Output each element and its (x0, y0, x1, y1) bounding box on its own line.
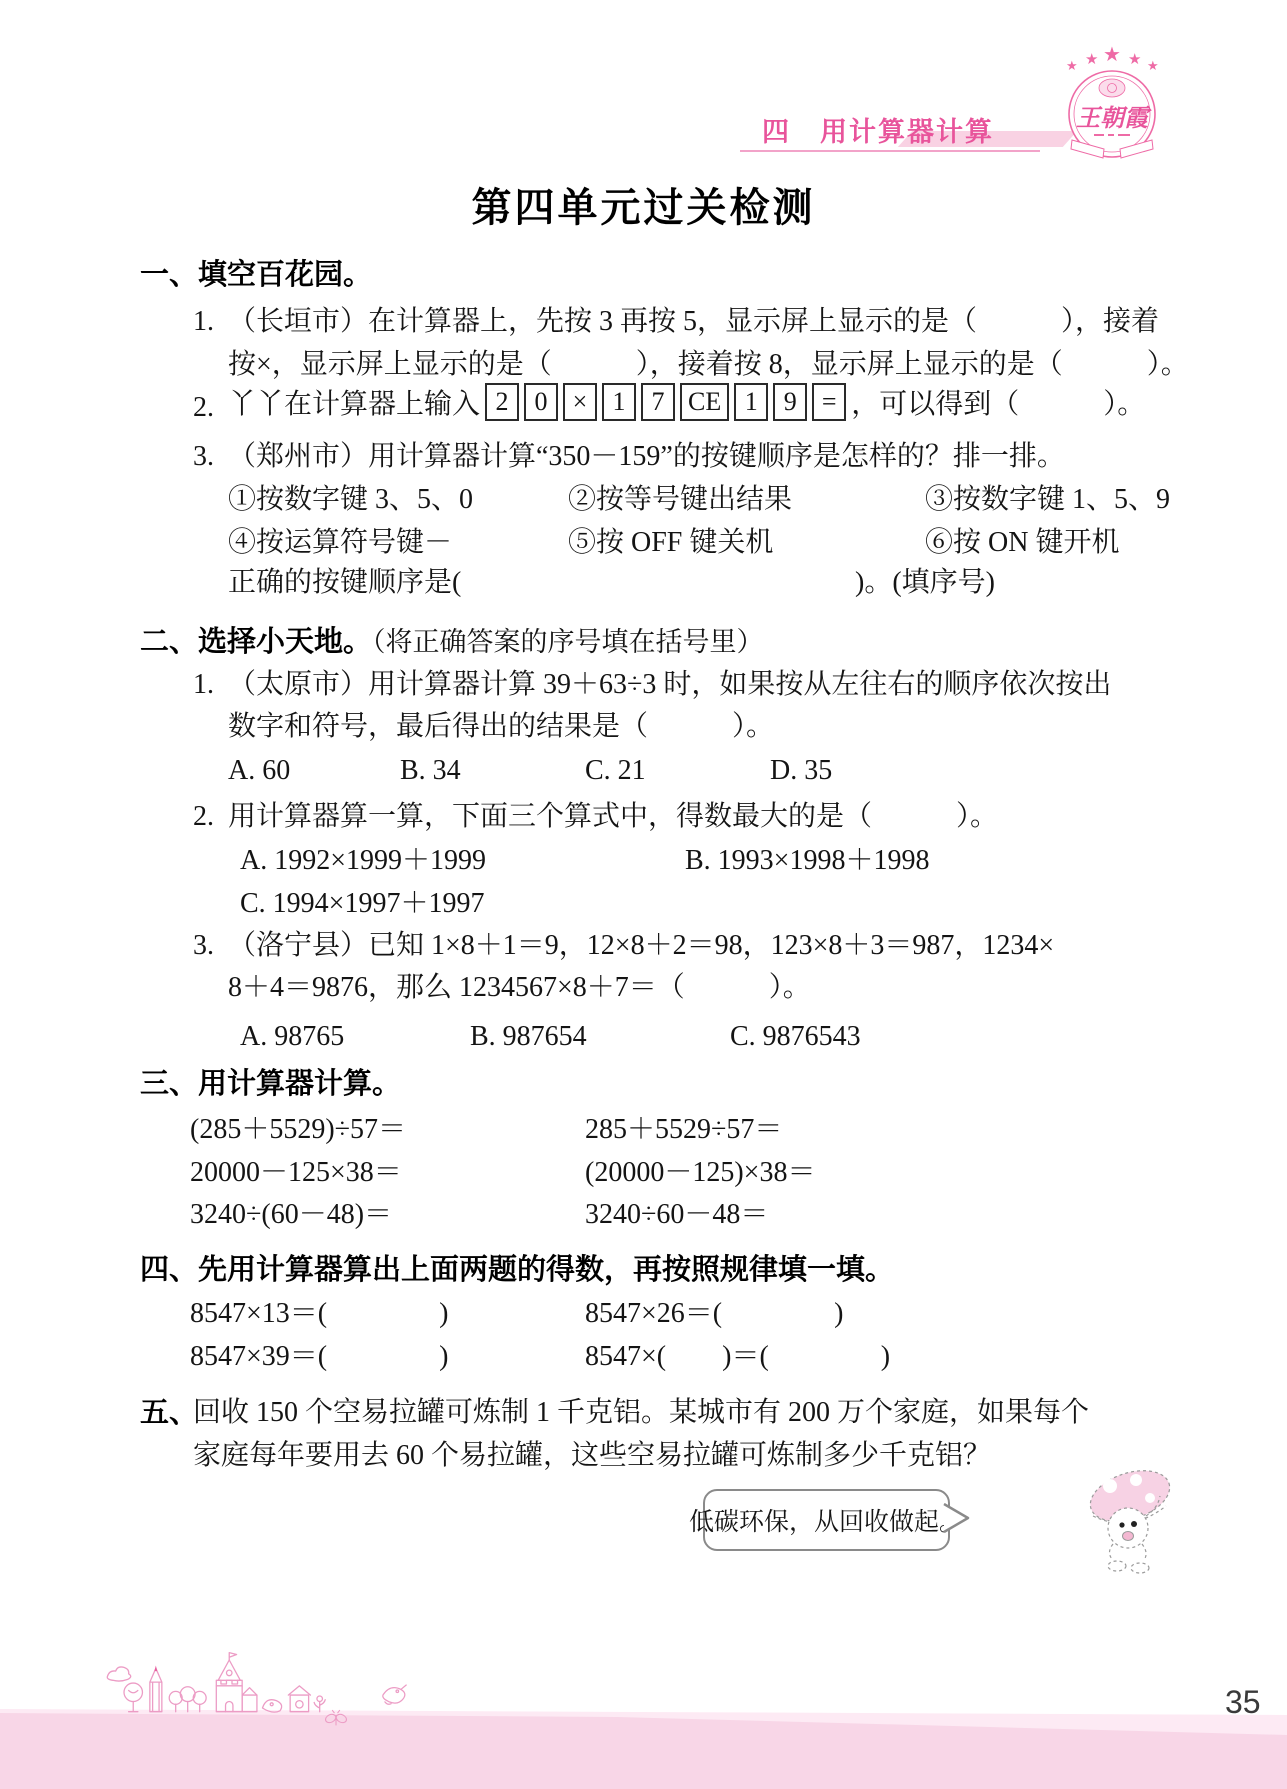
s1-p3-answer-open: 正确的按键顺序是( (228, 564, 461, 602)
s1-p3-line1: （郑州市）用计算器计算“350－159”的按键顺序是怎样的？排一排。 (228, 438, 1065, 476)
equation: 3240÷60－48＝ (585, 1196, 768, 1234)
choice-a: A. 98765 (240, 1018, 344, 1056)
pattern-equation: 8547×39＝( ) (190, 1338, 448, 1376)
svg-text:★: ★ (1066, 59, 1078, 74)
s2-p2-line1: 用计算器算一算，下面三个算式中，得数最大的是（ ）。 (228, 798, 998, 836)
section1-heading: 一、填空百花园。 (140, 256, 372, 294)
calc-key-7: 7 (641, 383, 675, 421)
section4-heading: 四、先用计算器算出上面两题的得数，再按照规律填一填。 (140, 1251, 894, 1289)
choice-a: A. 1992×1999＋1999 (240, 842, 486, 880)
equation: (20000－125)×38＝ (585, 1154, 815, 1192)
workbook-page: 四 用计算器计算 ★ ★ ★ ★ ★ 王朝霞 第四单元过关检测 一、填空百花园。… (0, 0, 1287, 1789)
page-number: 35 (1225, 1684, 1261, 1721)
equation: 20000－125×38＝ (190, 1154, 402, 1192)
choice-a: A. 60 (228, 752, 290, 790)
s2-p1-line1: （太原市）用计算器计算 39＋63÷3 时，如果按从左往右的顺序依次按出 (228, 666, 1111, 704)
unit-header-rule (740, 150, 1040, 152)
problem-number: 2. (193, 798, 214, 836)
s1-p2-keyrow: 丫丫在计算器上输入 2 0 × 1 7 CE 1 9 = ，可以得到（ ）。 (228, 382, 1145, 422)
footer-doodles-illustration (100, 1648, 340, 1720)
calc-key-2: 2 (485, 383, 519, 421)
butterfly-doodle (323, 1708, 349, 1732)
s5-line2: 家庭每年要用去 60 个易拉罐，这些空易拉罐可炼制多少千克铝？ (193, 1437, 991, 1475)
s5-line1: 回收 150 个空易拉罐可炼制 1 千克铝。某城市有 200 万个家庭，如果每个 (193, 1394, 1089, 1432)
section2-heading-bold: 二、选择小天地。 (140, 626, 372, 658)
s1-p3-option2: ②按等号键出结果 (568, 481, 792, 519)
s1-p3-answer-close: )。(填序号) (855, 564, 995, 602)
bird-doodle (376, 1678, 408, 1708)
calc-key-1b: 1 (734, 383, 768, 421)
equation: 3240÷(60－48)＝ (190, 1196, 392, 1234)
choice-c: C. 9876543 (730, 1018, 861, 1056)
problem-number: 1. (193, 666, 214, 704)
s1-p1-line2: 按×，显示屏上显示的是（ ），接着按 8，显示屏上显示的是（ ）。 (228, 346, 1189, 384)
s2-p3-line2: 8＋4＝9876，那么 1234567×8＋7＝（ ）。 (228, 969, 811, 1007)
problem-number: 2. (193, 389, 214, 427)
problem-number: 3. (193, 927, 214, 965)
calc-key-0: 0 (524, 383, 558, 421)
s1-p3-option1: ①按数字键 3、5、0 (228, 481, 473, 519)
brand-logo: ★ ★ ★ ★ ★ 王朝霞 (1056, 46, 1168, 164)
mushroom-mascot (1080, 1464, 1180, 1586)
page-title: 第四单元过关检测 (0, 176, 1287, 233)
pattern-equation: 8547×( )＝( ) (585, 1338, 890, 1376)
choice-c: C. 1994×1997＋1997 (240, 885, 484, 923)
svg-text:★: ★ (1103, 46, 1121, 66)
problem-number: 1. (193, 303, 214, 341)
calc-key-multiply: × (563, 383, 597, 421)
speech-bubble-pointer (941, 1503, 973, 1535)
calc-key-ce: CE (680, 383, 729, 421)
s2-p1-line2: 数字和符号，最后得出的结果是（ ）。 (228, 708, 774, 746)
svg-text:★: ★ (1128, 50, 1141, 68)
s2-p3-line1: （洛宁县）已知 1×8＋1＝9，12×8＋2＝98，123×8＋3＝987，12… (228, 927, 1054, 965)
problem-number: 3. (193, 438, 214, 476)
choice-d: D. 35 (770, 752, 832, 790)
unit-header-label: 四 用计算器计算 (762, 110, 994, 149)
pattern-equation: 8547×26＝( ) (585, 1295, 843, 1333)
s1-p1-line1: （长垣市）在计算器上，先按 3 再按 5，显示屏上显示的是（ ），接着 (228, 303, 1159, 341)
calc-key-equals: = (812, 383, 846, 421)
choice-c: C. 21 (585, 752, 646, 790)
speech-bubble: 低碳环保，从回收做起。 (703, 1489, 950, 1551)
s1-p3-option4: ④按运算符号键－ (228, 524, 452, 562)
brand-logo-text: 王朝霞 (1076, 105, 1152, 132)
s1-p3-option6: ⑥按 ON 键开机 (925, 524, 1119, 562)
calc-key-9: 9 (773, 383, 807, 421)
svg-text:★: ★ (1085, 50, 1098, 68)
svg-text:★: ★ (1147, 59, 1159, 74)
s1-p3-option3: ③按数字键 1、5、9 (925, 481, 1170, 519)
s1-p2-pre: 丫丫在计算器上输入 (228, 382, 480, 422)
s1-p3-option5: ⑤按 OFF 键关机 (568, 524, 773, 562)
choice-b: B. 1993×1998＋1998 (685, 842, 929, 880)
pattern-equation: 8547×13＝( ) (190, 1295, 448, 1333)
section5-number: 五、 (140, 1394, 198, 1432)
section2-heading-note: （将正确答案的序号填在括号里） (372, 627, 764, 657)
choice-b: B. 987654 (470, 1018, 587, 1056)
speech-bubble-text: 低碳环保，从回收做起。 (689, 1502, 964, 1538)
equation: 285＋5529÷57＝ (585, 1111, 782, 1149)
section2-heading: 二、选择小天地。（将正确答案的序号填在括号里） (140, 623, 764, 661)
choice-b: B. 34 (400, 752, 461, 790)
section3-heading: 三、用计算器计算。 (140, 1065, 401, 1103)
equation: (285＋5529)÷57＝ (190, 1111, 406, 1149)
calc-key-1: 1 (602, 383, 636, 421)
s1-p2-post: ，可以得到（ ）。 (851, 382, 1145, 422)
